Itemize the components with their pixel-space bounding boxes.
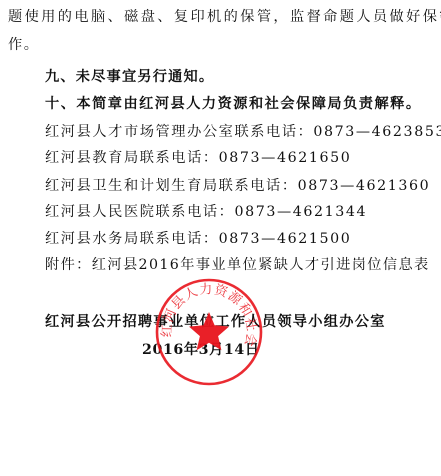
item-nine: 九、未尽事宜另行通知。 bbox=[45, 68, 214, 86]
contact-talent-market: 红河县人才市场管理办公室联系电话：0873—4623853 bbox=[45, 123, 441, 141]
contact-health-bureau: 红河县卫生和计划生育局联系电话：0873—4621360 bbox=[45, 177, 430, 195]
paragraph-line-2: 作。 bbox=[8, 36, 40, 54]
seal-graphic: 红河县人力资源和社会保障局 bbox=[155, 278, 263, 386]
contact-water-bureau: 红河县水务局联系电话：0873—4621500 bbox=[45, 230, 351, 248]
paragraph-line-1: 题使用的电脑、磁盘、复印机的保管，监督命题人员做好保密工 bbox=[8, 8, 441, 26]
contact-peoples-hospital: 红河县人民医院联系电话：0873—4621344 bbox=[45, 203, 367, 221]
signature-date: 2016年3月14日 bbox=[142, 341, 260, 359]
official-seal: 红河县人力资源和社会保障局 bbox=[155, 278, 263, 386]
attachment-line: 附件：红河县2016年事业单位紧缺人才引进岗位信息表 bbox=[45, 256, 430, 274]
signature-org: 红河县公开招聘事业单位工作人员领导小组办公室 bbox=[45, 313, 386, 331]
item-ten: 十、本简章由红河县人力资源和社会保障局负责解释。 bbox=[45, 95, 422, 113]
contact-education-bureau: 红河县教育局联系电话：0873—4621650 bbox=[45, 149, 351, 167]
